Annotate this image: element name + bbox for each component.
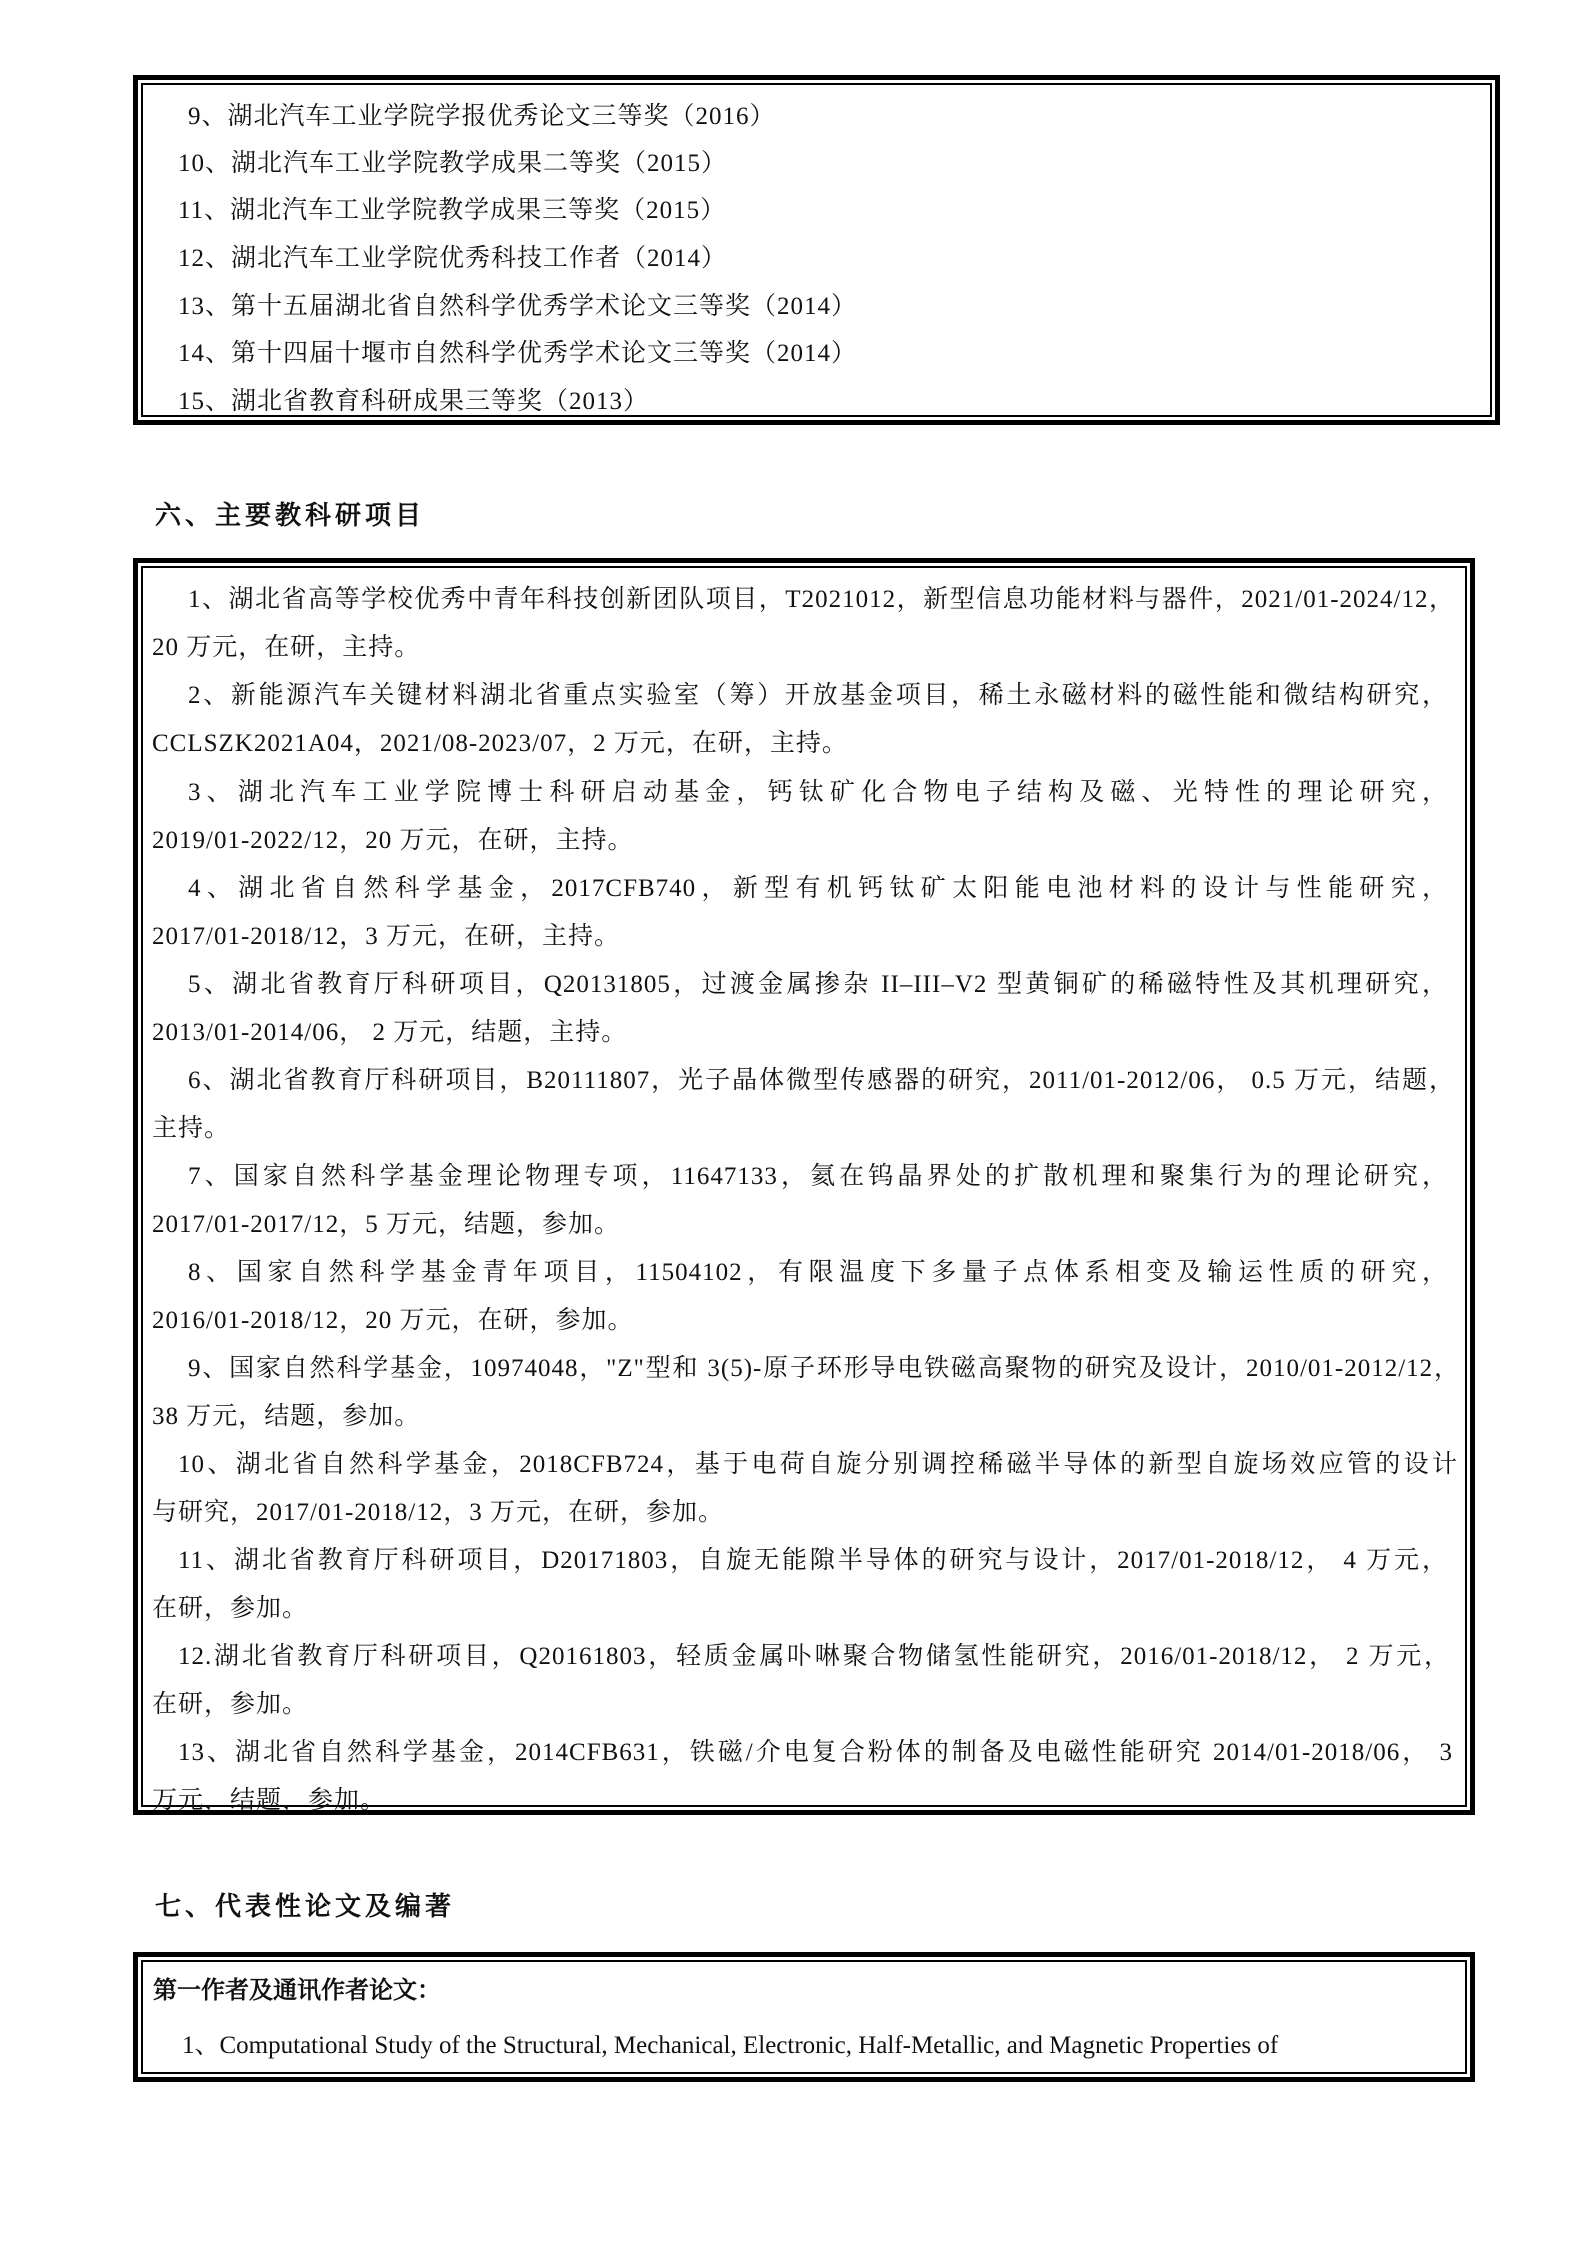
project-2-line2: CCLSZK2021A04，2021/08-2023/07，2 万元，在研，主持… bbox=[152, 729, 848, 759]
project-4-line1: 4、湖北省自然科学基金，2017CFB740，新型有机钙钛矿太阳能电池材料的设计… bbox=[188, 874, 1448, 904]
award-item-11: 11、湖北汽车工业学院教学成果三等奖（2015） bbox=[178, 196, 726, 226]
project-12-line1: 12.湖北省教育厅科研项目，Q20161803，轻质金属卟啉聚合物储氢性能研究，… bbox=[178, 1642, 1450, 1672]
project-3-line2: 2019/01-2022/12，20 万元，在研，主持。 bbox=[152, 826, 633, 856]
project-11-line1: 11、湖北省教育厅科研项目，D20171803，自旋无能隙半导体的研究与设计，2… bbox=[178, 1546, 1448, 1576]
award-item-9: 9、湖北汽车工业学院学报优秀论文三等奖（2016） bbox=[188, 102, 776, 132]
project-1-line1: 1、湖北省高等学校优秀中青年科技创新团队项目，T2021012，新型信息功能材料… bbox=[188, 585, 1455, 615]
project-8-line2: 2016/01-2018/12，20 万元，在研，参加。 bbox=[152, 1306, 633, 1336]
papers-box-inner: 第一作者及通讯作者论文： 1、Computational Study of th… bbox=[141, 1960, 1467, 2074]
project-10-line2: 与研究，2017/01-2018/12，3 万元，在研，参加。 bbox=[152, 1498, 724, 1528]
project-5-line1: 5、湖北省教育厅科研项目，Q20131805，过渡金属掺杂 II–III–V2 … bbox=[188, 970, 1448, 1000]
project-6-line2: 主持。 bbox=[152, 1114, 230, 1144]
project-10-line1: 10、湖北省自然科学基金，2018CFB724，基于电荷自旋分别调控稀磁半导体的… bbox=[178, 1450, 1458, 1480]
project-11-line2: 在研，参加。 bbox=[152, 1594, 308, 1624]
project-5-line2: 2013/01-2014/06， 2 万元，结题，主持。 bbox=[152, 1018, 627, 1048]
award-item-10: 10、湖北汽车工业学院教学成果二等奖（2015） bbox=[178, 149, 727, 179]
award-item-13: 13、第十五届湖北省自然科学优秀学术论文三等奖（2014） bbox=[178, 292, 857, 322]
project-9-line1: 9、国家自然科学基金，10974048，"Z"型和 3(5)-原子环形导电铁磁高… bbox=[188, 1354, 1460, 1384]
project-7-line2: 2017/01-2017/12，5 万元，结题，参加。 bbox=[152, 1210, 620, 1240]
project-13-line2: 万元，结题，参加。 bbox=[152, 1786, 386, 1816]
papers-subheading: 第一作者及通讯作者论文： bbox=[153, 1975, 441, 2005]
project-13-line1: 13、湖北省自然科学基金，2014CFB631，铁磁/介电复合粉体的制备及电磁性… bbox=[178, 1738, 1453, 1768]
projects-box: 1、湖北省高等学校优秀中青年科技创新团队项目，T2021012，新型信息功能材料… bbox=[133, 558, 1475, 1815]
project-3-line1: 3、湖北汽车工业学院博士科研启动基金，钙钛矿化合物电子结构及磁、光特性的理论研究… bbox=[188, 778, 1448, 808]
project-2-line1: 2、新能源汽车关键材料湖北省重点实验室（筹）开放基金项目，稀土永磁材料的磁性能和… bbox=[188, 681, 1448, 711]
award-item-14: 14、第十四届十堰市自然科学优秀学术论文三等奖（2014） bbox=[178, 339, 857, 369]
project-6-line1: 6、湖北省教育厅科研项目，B20111807，光子晶体微型传感器的研究，2011… bbox=[188, 1066, 1455, 1096]
papers-box: 第一作者及通讯作者论文： 1、Computational Study of th… bbox=[133, 1952, 1475, 2082]
project-12-line2: 在研，参加。 bbox=[152, 1690, 308, 1720]
awards-box: 9、湖北汽车工业学院学报优秀论文三等奖（2016） 10、湖北汽车工业学院教学成… bbox=[133, 75, 1500, 425]
project-1-line2: 20 万元，在研，主持。 bbox=[152, 633, 420, 663]
section-heading-papers: 七、代表性论文及编著 bbox=[155, 1892, 455, 1922]
section-heading-projects: 六、主要教科研项目 bbox=[155, 501, 425, 531]
paper-item-1: 1、Computational Study of the Structural,… bbox=[182, 2031, 1278, 2061]
project-9-line2: 38 万元，结题，参加。 bbox=[152, 1402, 420, 1432]
award-item-12: 12、湖北汽车工业学院优秀科技工作者（2014） bbox=[178, 244, 727, 274]
project-4-line2: 2017/01-2018/12，3 万元，在研，主持。 bbox=[152, 922, 620, 952]
award-item-15: 15、湖北省教育科研成果三等奖（2013） bbox=[178, 387, 649, 417]
awards-box-inner: 9、湖北汽车工业学院学报优秀论文三等奖（2016） 10、湖北汽车工业学院教学成… bbox=[141, 83, 1492, 417]
projects-box-inner: 1、湖北省高等学校优秀中青年科技创新团队项目，T2021012，新型信息功能材料… bbox=[141, 566, 1467, 1807]
project-8-line1: 8、国家自然科学基金青年项目，11504102，有限温度下多量子点体系相变及输运… bbox=[188, 1258, 1448, 1288]
project-7-line1: 7、国家自然科学基金理论物理专项，11647133，氦在钨晶界处的扩散机理和聚集… bbox=[188, 1162, 1448, 1192]
